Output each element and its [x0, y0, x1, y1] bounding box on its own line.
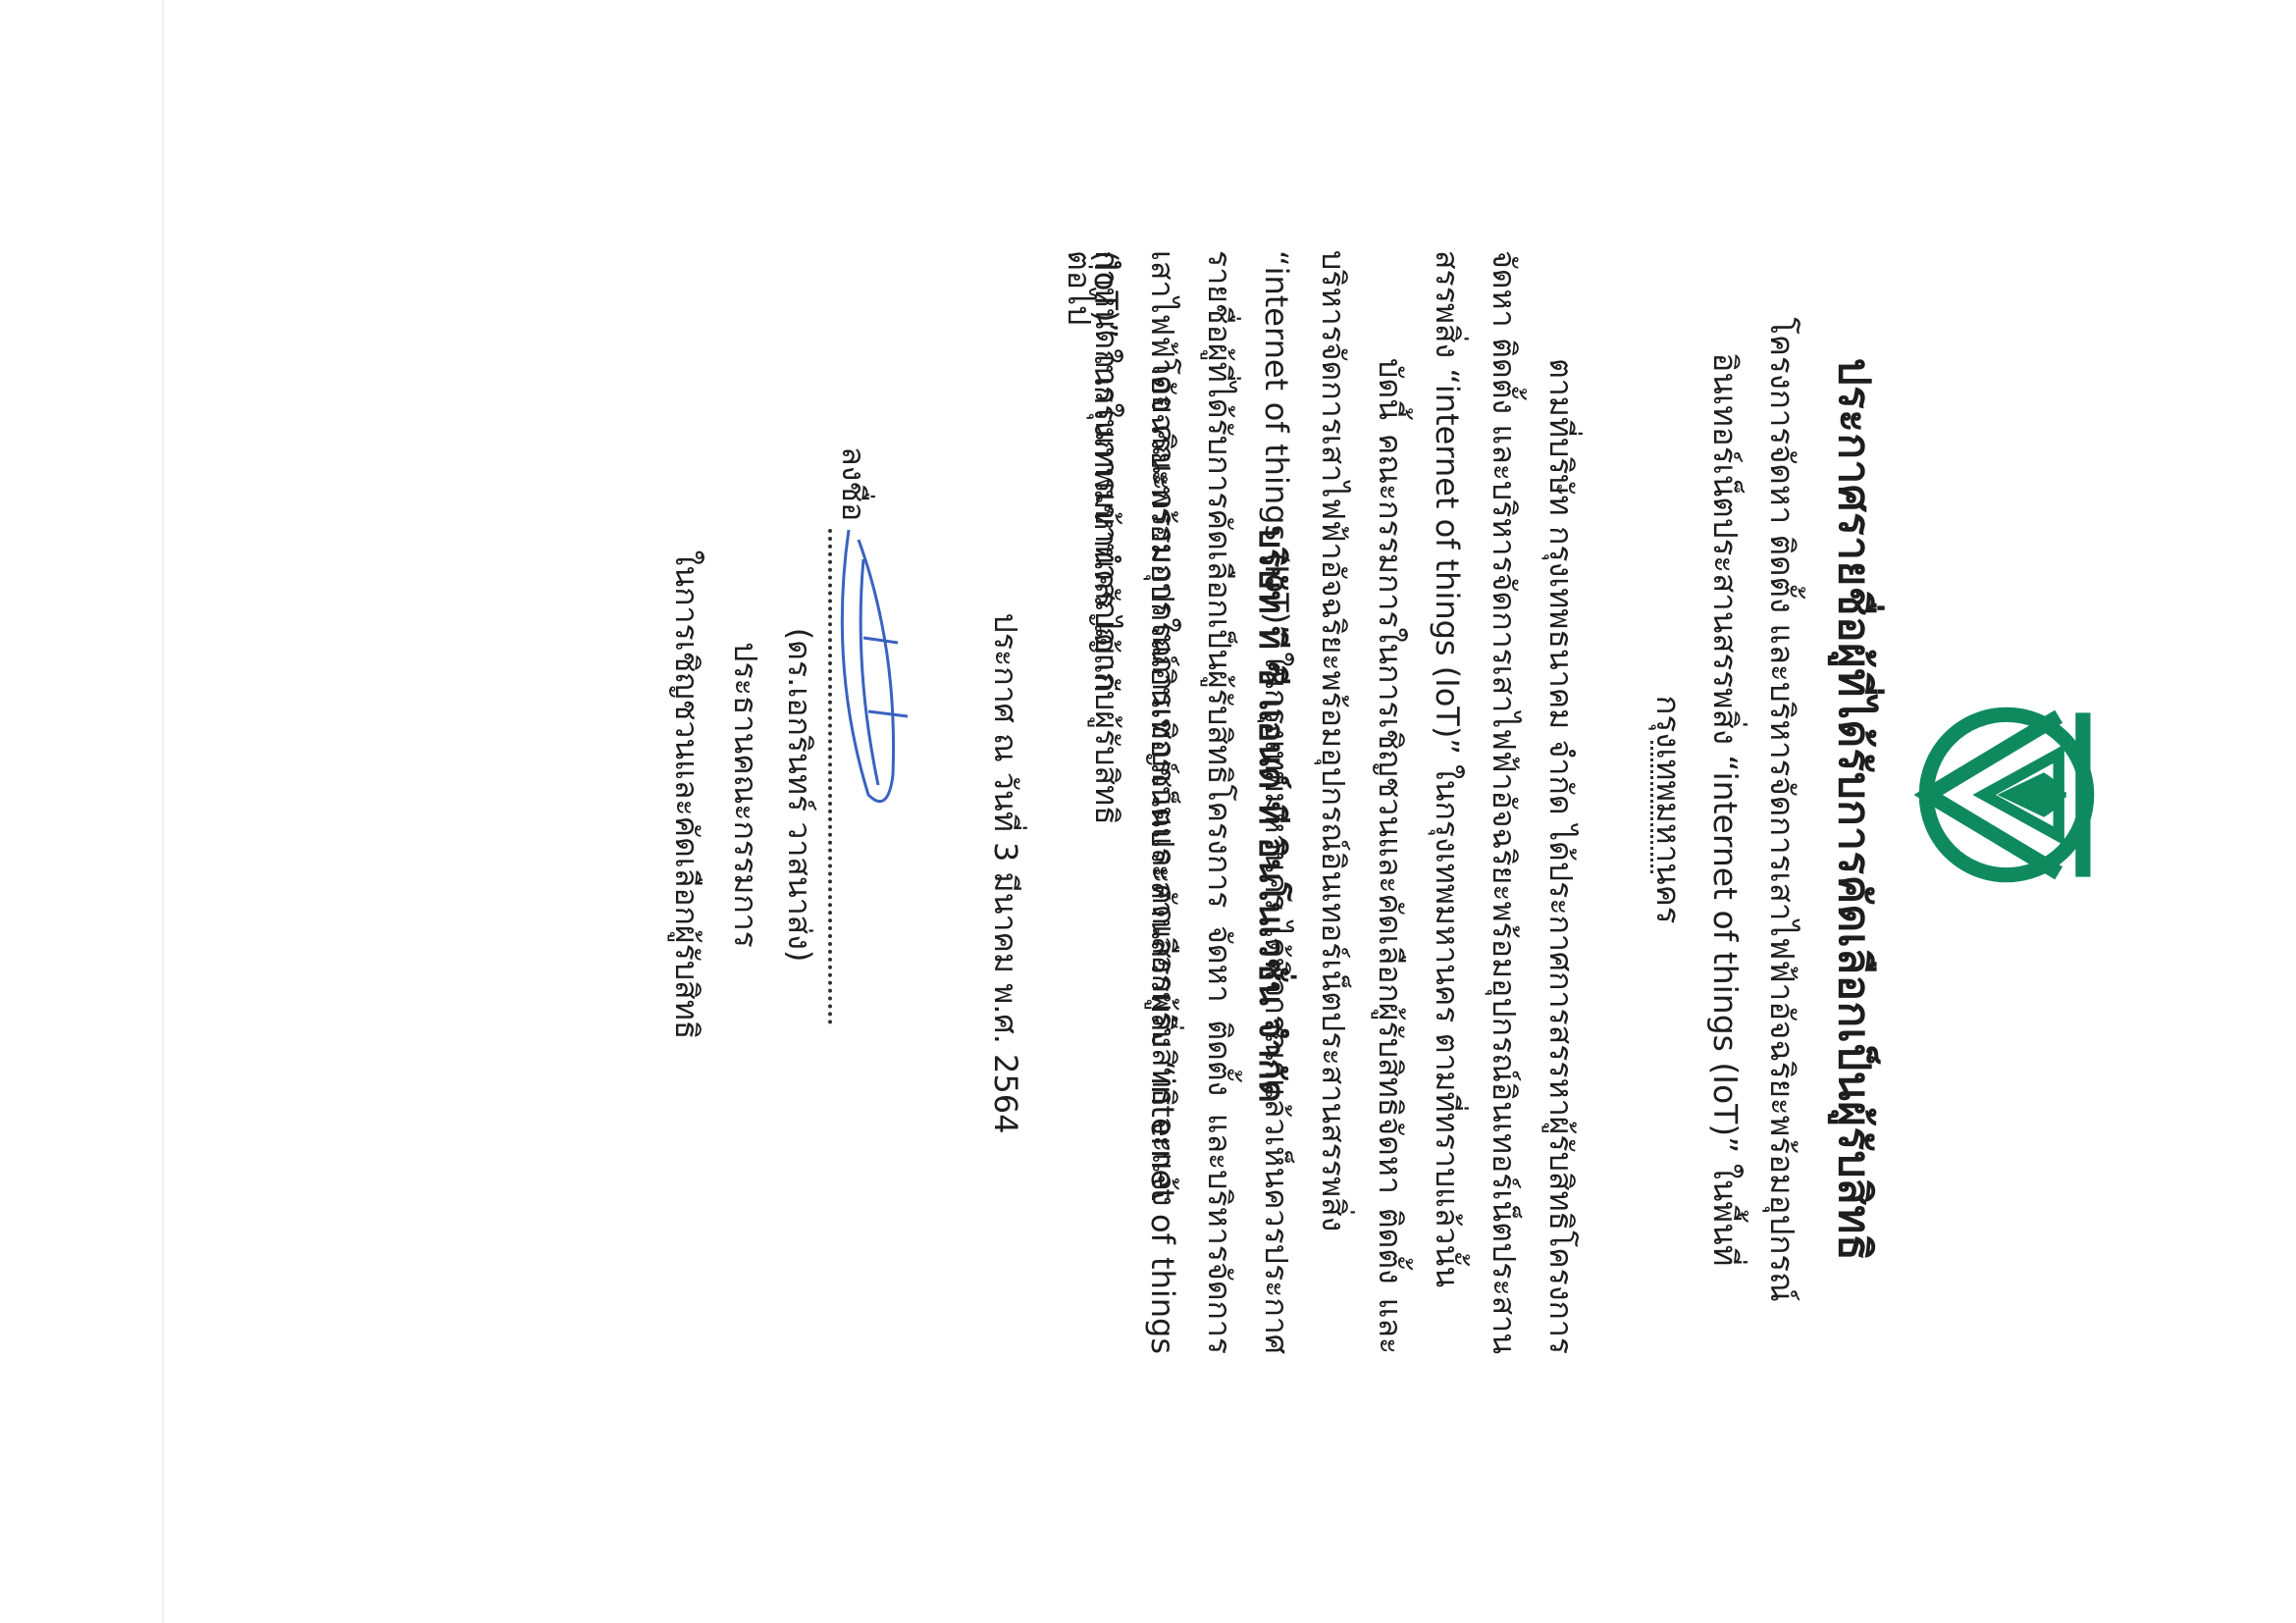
organization-emblem-icon [1913, 702, 2100, 888]
title-divider [1650, 741, 1653, 873]
signatory-position: ประธานคณะกรรมการ [720, 520, 770, 1070]
handwritten-signature-icon [819, 500, 937, 834]
page-title: ประกาศรายชื่อผู้ที่ได้รับการคัดเลือกเป็น… [1820, 285, 1889, 1335]
announcement-date: ประกาศ ณ วันที่ 3 มีนาคม พ.ศ. 2564 [980, 520, 1030, 1227]
continuation-text: ต่อไป [1054, 250, 1104, 325]
signatory-name: (ดร.เอกรินทร์ วาสนาส่ง) [774, 520, 824, 1070]
paragraph-1: ตามที่บริษัท กรุงเทพธนาคม จำกัด ได้ประกา… [1419, 250, 1590, 1354]
closing-paragraph: โดย คณะกรรมการในการเชิญชวนและคัดเลือกผู้… [1078, 250, 1192, 1354]
signatory-committee: ในการเชิญชวนและคัดเลือกผู้รับสิทธิ [661, 442, 711, 1148]
page-subtitle: โครงการจัดหา ติดตั้ง และบริหารจัดการเสาไ… [1640, 250, 1810, 1369]
selected-company: บริษัท ที ซี แอนด์ ที อินโนเวชั่น จำกัด [1244, 422, 1300, 1207]
document-page: ประกาศรายชื่อผู้ที่ได้รับการคัดเลือกเป็น… [0, 0, 2296, 1623]
